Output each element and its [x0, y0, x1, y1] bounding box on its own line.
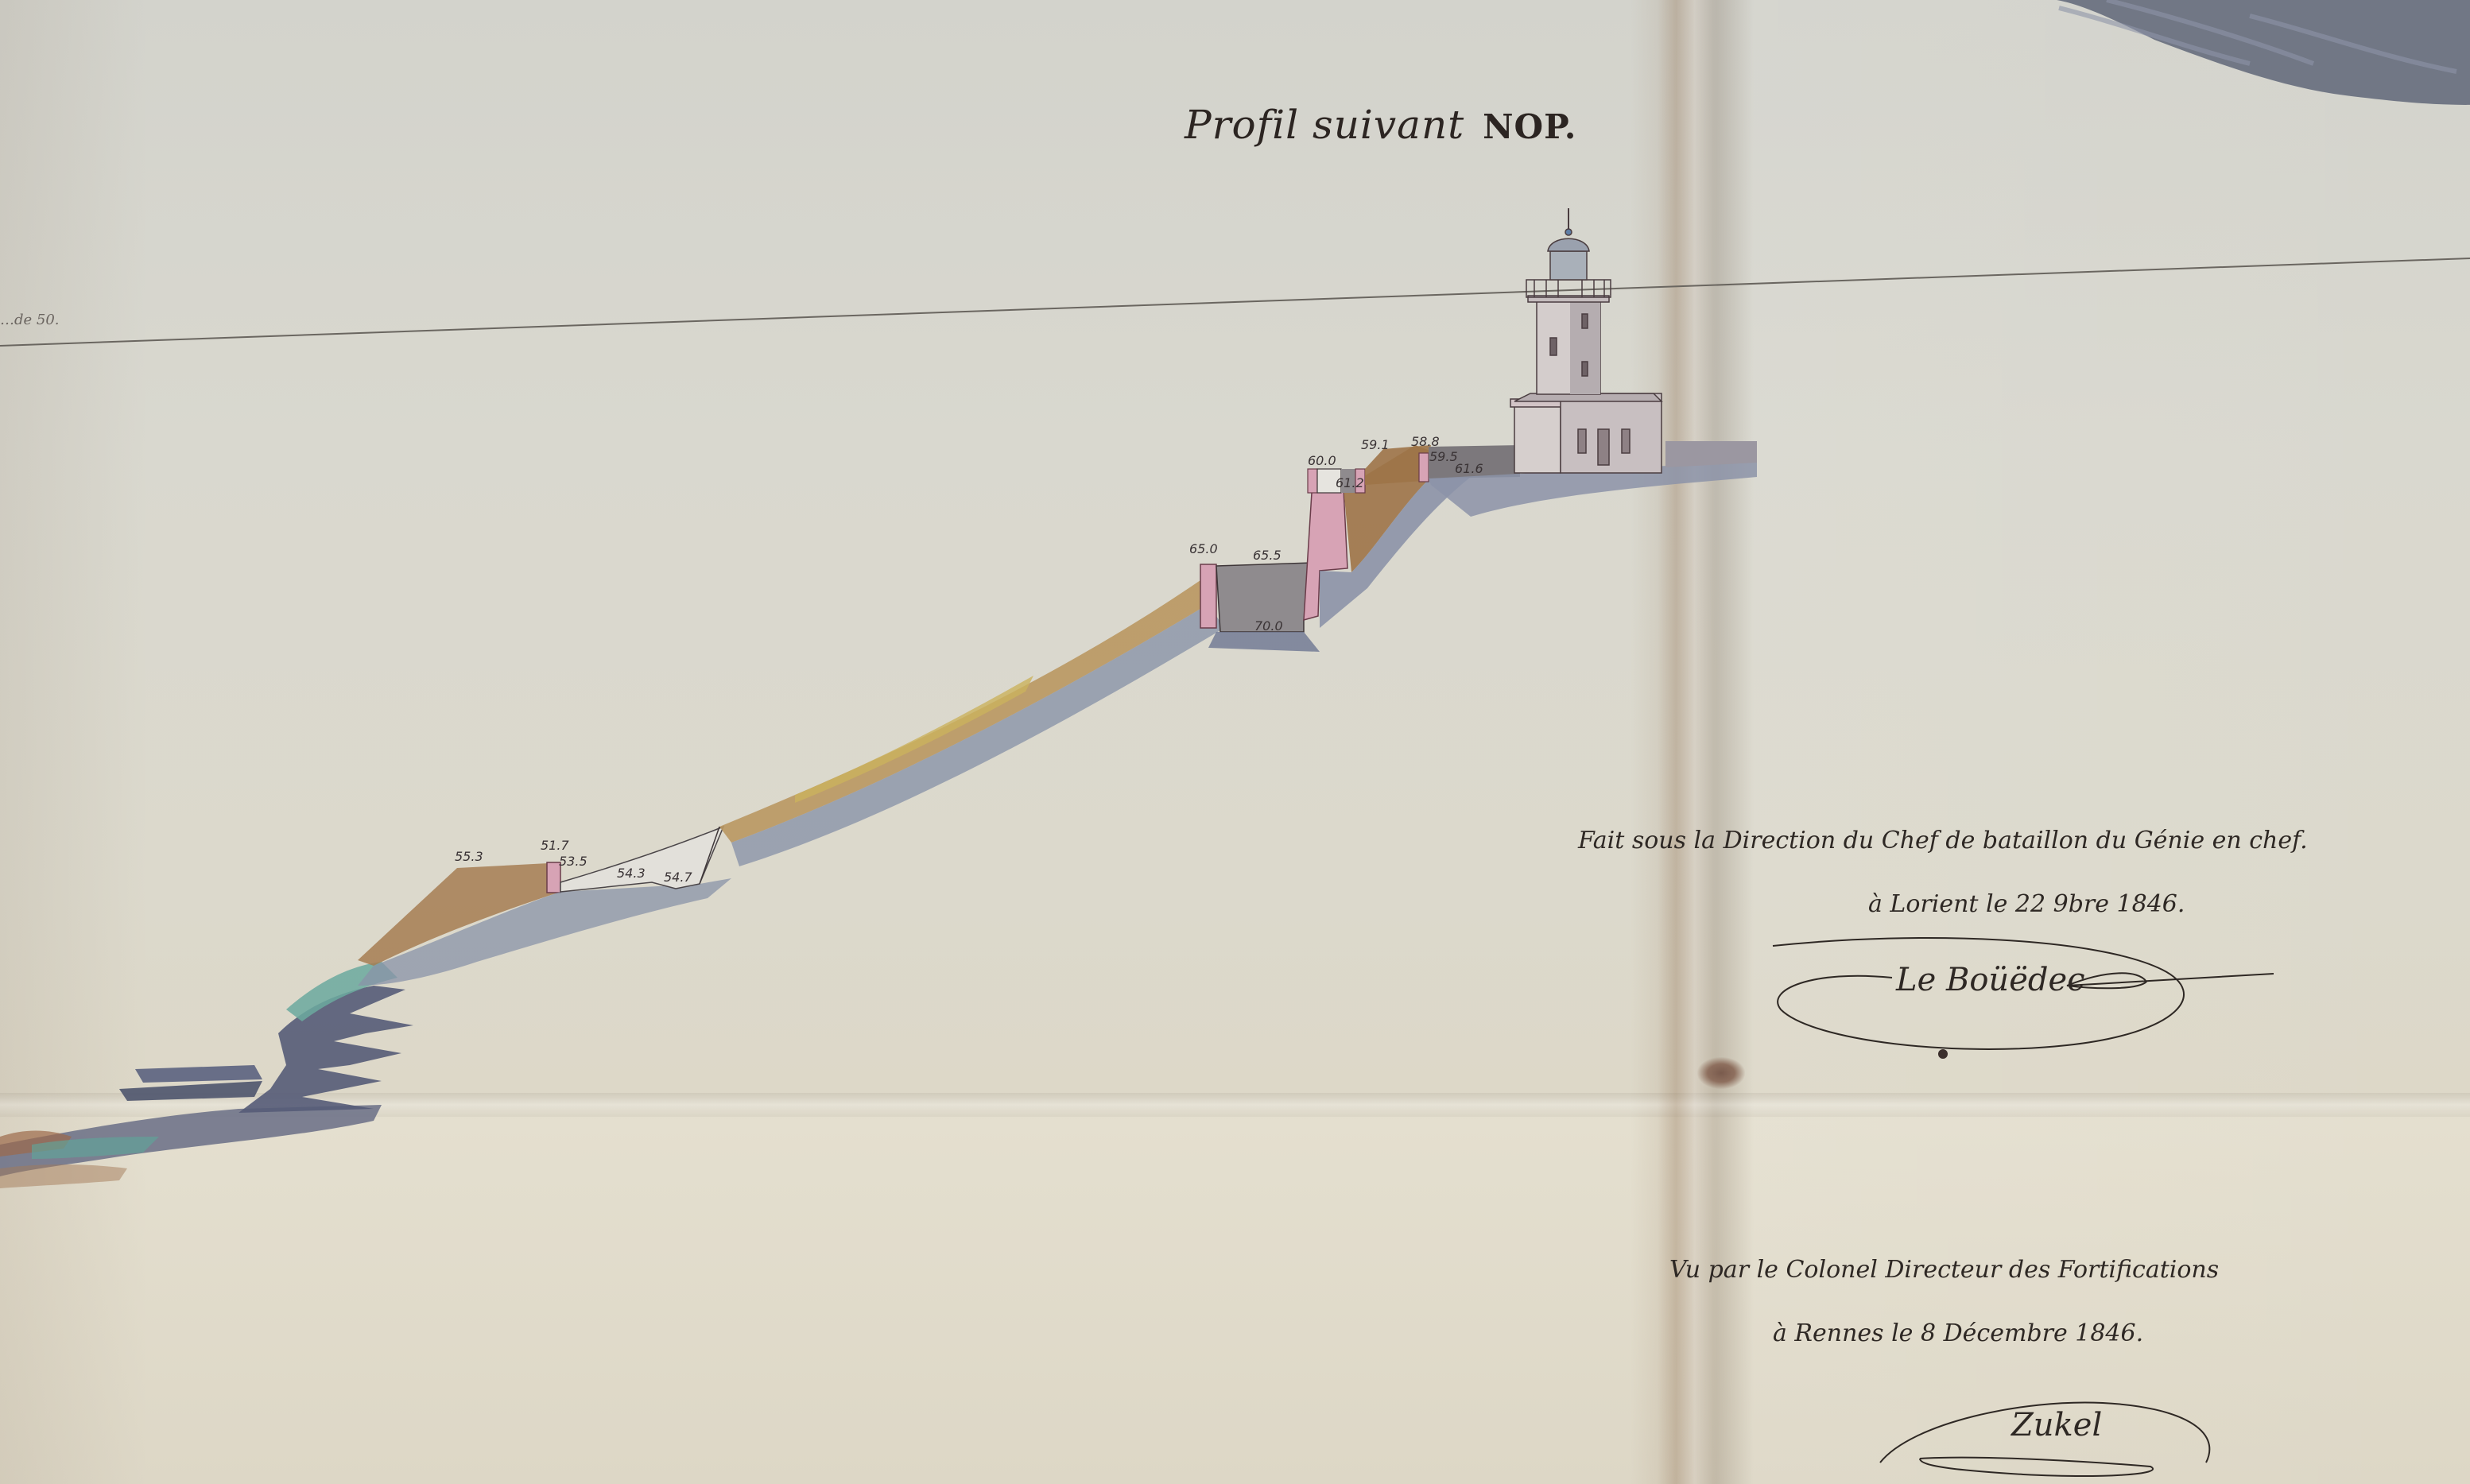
certification-2-line-2: à Rennes le 8 Décembre 1846. [1773, 1319, 2143, 1347]
elevation-label: 54.7 [664, 870, 692, 885]
lantern-dome [1548, 238, 1589, 251]
signature-2: Zukel [2011, 1407, 2102, 1443]
elevation-label: 65.5 [1253, 548, 1282, 563]
signature-1: Le Boüëdec [1896, 962, 2085, 998]
elevation-label: 65.0 [1189, 541, 1218, 556]
elevation-label: 61.6 [1455, 461, 1483, 476]
elevation-label: 53.5 [559, 854, 587, 869]
elevation-label: 61.2 [1336, 475, 1364, 490]
certification-1-line-2: à Lorient le 22 9bre 1846. [1868, 890, 2185, 918]
slope-rock-underlay [731, 604, 1224, 866]
main-slope-earth [719, 580, 1208, 843]
certification-2-line-1: Vu par le Colonel Directeur des Fortific… [1669, 1256, 2219, 1284]
elevation-label: 59.1 [1361, 437, 1390, 452]
lighthouse [1510, 208, 1662, 473]
ink-dot [1938, 1049, 1948, 1059]
lantern-room [1550, 251, 1587, 280]
elevation-label: 58.8 [1411, 434, 1440, 449]
elevation-label: 59.5 [1429, 449, 1458, 464]
elevation-label: 55.3 [455, 849, 483, 864]
lighthouse-gatehouse [1514, 401, 1561, 473]
elevation-label: 60.0 [1308, 453, 1336, 468]
keeper-house [1561, 393, 1662, 473]
datum-line [0, 258, 2470, 346]
paper-damage-hole [1697, 1057, 1745, 1089]
middle-counterscarp-masonry [1200, 564, 1216, 628]
certification-1-line-1: Fait sous la Direction du Chef de batail… [1578, 827, 2308, 854]
elevation-label: 51.7 [541, 838, 569, 853]
elevation-label: 54.3 [617, 866, 646, 881]
elevation-label: 70.0 [1254, 618, 1283, 634]
